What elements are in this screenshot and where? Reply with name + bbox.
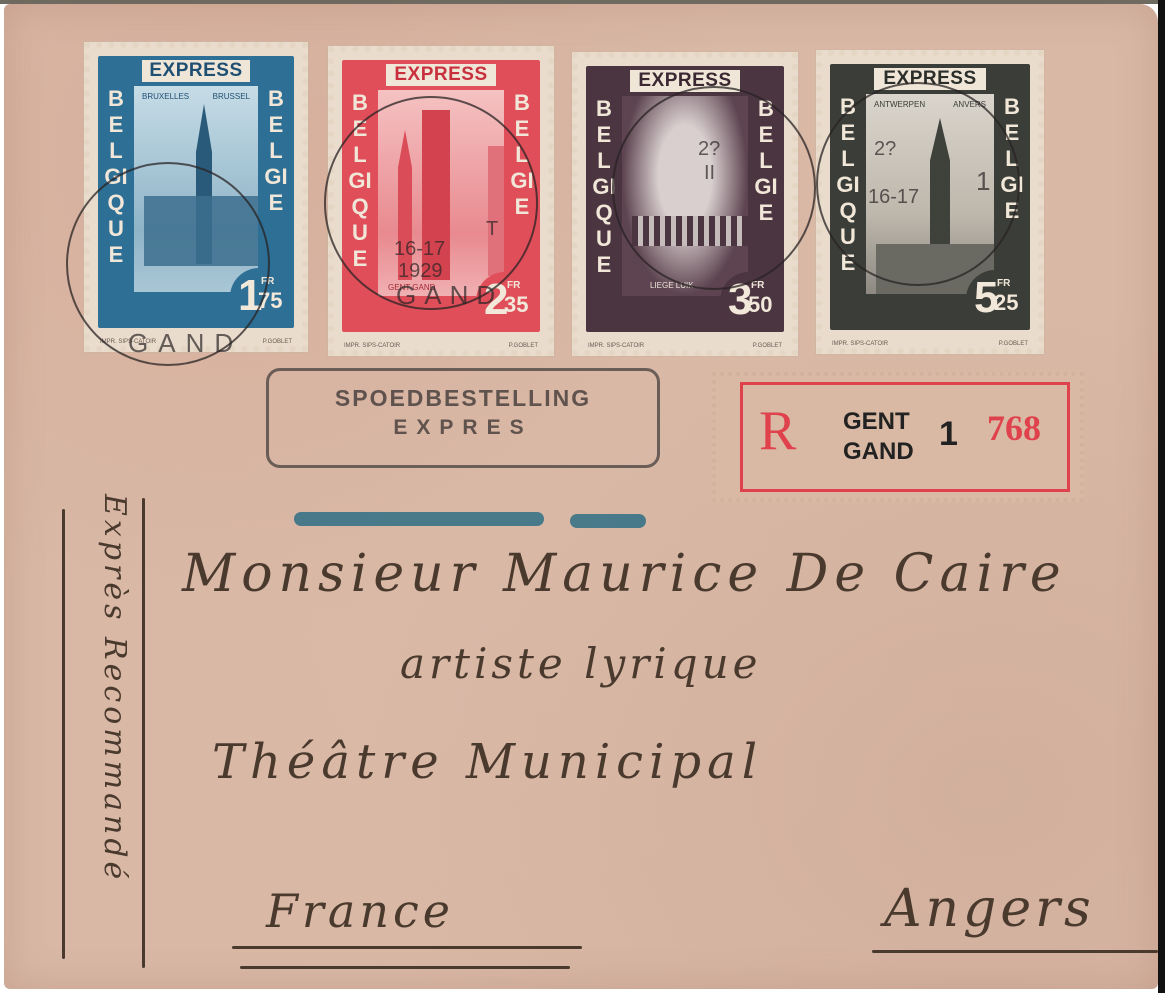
- registration-number: 768: [987, 407, 1041, 449]
- country-underline: [232, 946, 582, 949]
- registration-office: 1: [939, 415, 958, 454]
- stamp-engraver: P.GOBLET: [509, 343, 538, 349]
- postmark-4: 2? 16-17 1: [816, 82, 1020, 286]
- side-note-line-left: [62, 509, 65, 959]
- registration-city: GENT GAND: [843, 407, 914, 467]
- country-underline-2: [240, 966, 570, 969]
- address-name: Monsieur Maurice De Caire: [182, 544, 1067, 604]
- stamp-engraver: P.GOBLET: [753, 343, 782, 349]
- express-cachet: SPOEDBESTELLING EXPRES: [266, 368, 660, 468]
- city-underline: [872, 950, 1158, 953]
- stamp-imprint: IMPR. SIPS-CATOIR: [588, 343, 644, 349]
- scan-right-edge: [1158, 0, 1165, 993]
- stamp-title: EXPRESS: [386, 64, 496, 86]
- registration-letter: R: [759, 399, 796, 463]
- stamp-title: EXPRESS: [142, 60, 250, 82]
- stamp-imprint: IMPR. SIPS-CATOIR: [344, 343, 400, 349]
- address-profession: artiste lyrique: [400, 639, 762, 688]
- side-note: Exprès Recommandé: [92, 494, 132, 954]
- blue-crayon-mark: [294, 512, 544, 526]
- postmark-2: 16-17 1929 GAND T: [324, 96, 538, 310]
- address-venue: Théâtre Municipal: [212, 734, 763, 790]
- registration-box: R GENT GAND 1 768: [740, 382, 1070, 492]
- stamp-country-nl: BELGIE: [264, 86, 288, 216]
- cachet-line-1: SPOEDBESTELLING: [269, 385, 657, 412]
- cachet-line-2: EXPRES: [269, 416, 657, 440]
- envelope: EXPRESS BELGIQUE BELGIE BRUXELLES BRUSSE…: [4, 4, 1158, 989]
- stamp-city-fr: BRUXELLES: [142, 92, 189, 101]
- address-country: France: [266, 884, 454, 938]
- registration-label: R GENT GAND 1 768: [712, 372, 1084, 502]
- stamp-value: 5 FR 25: [966, 270, 1024, 328]
- postmark-3: 2? II: [612, 86, 816, 290]
- side-note-line-right: [142, 498, 145, 968]
- stamp-city-nl: BRUSSEL: [213, 92, 250, 101]
- stamp-imprint: IMPR. SIPS-CATOIR: [832, 341, 888, 347]
- blue-crayon-mark: [570, 514, 646, 528]
- postmark-1: GAND: [66, 162, 270, 366]
- stamp-engraver: P.GOBLET: [263, 339, 292, 345]
- stamp-engraver: P.GOBLET: [999, 341, 1028, 347]
- address-city: Angers: [884, 879, 1095, 939]
